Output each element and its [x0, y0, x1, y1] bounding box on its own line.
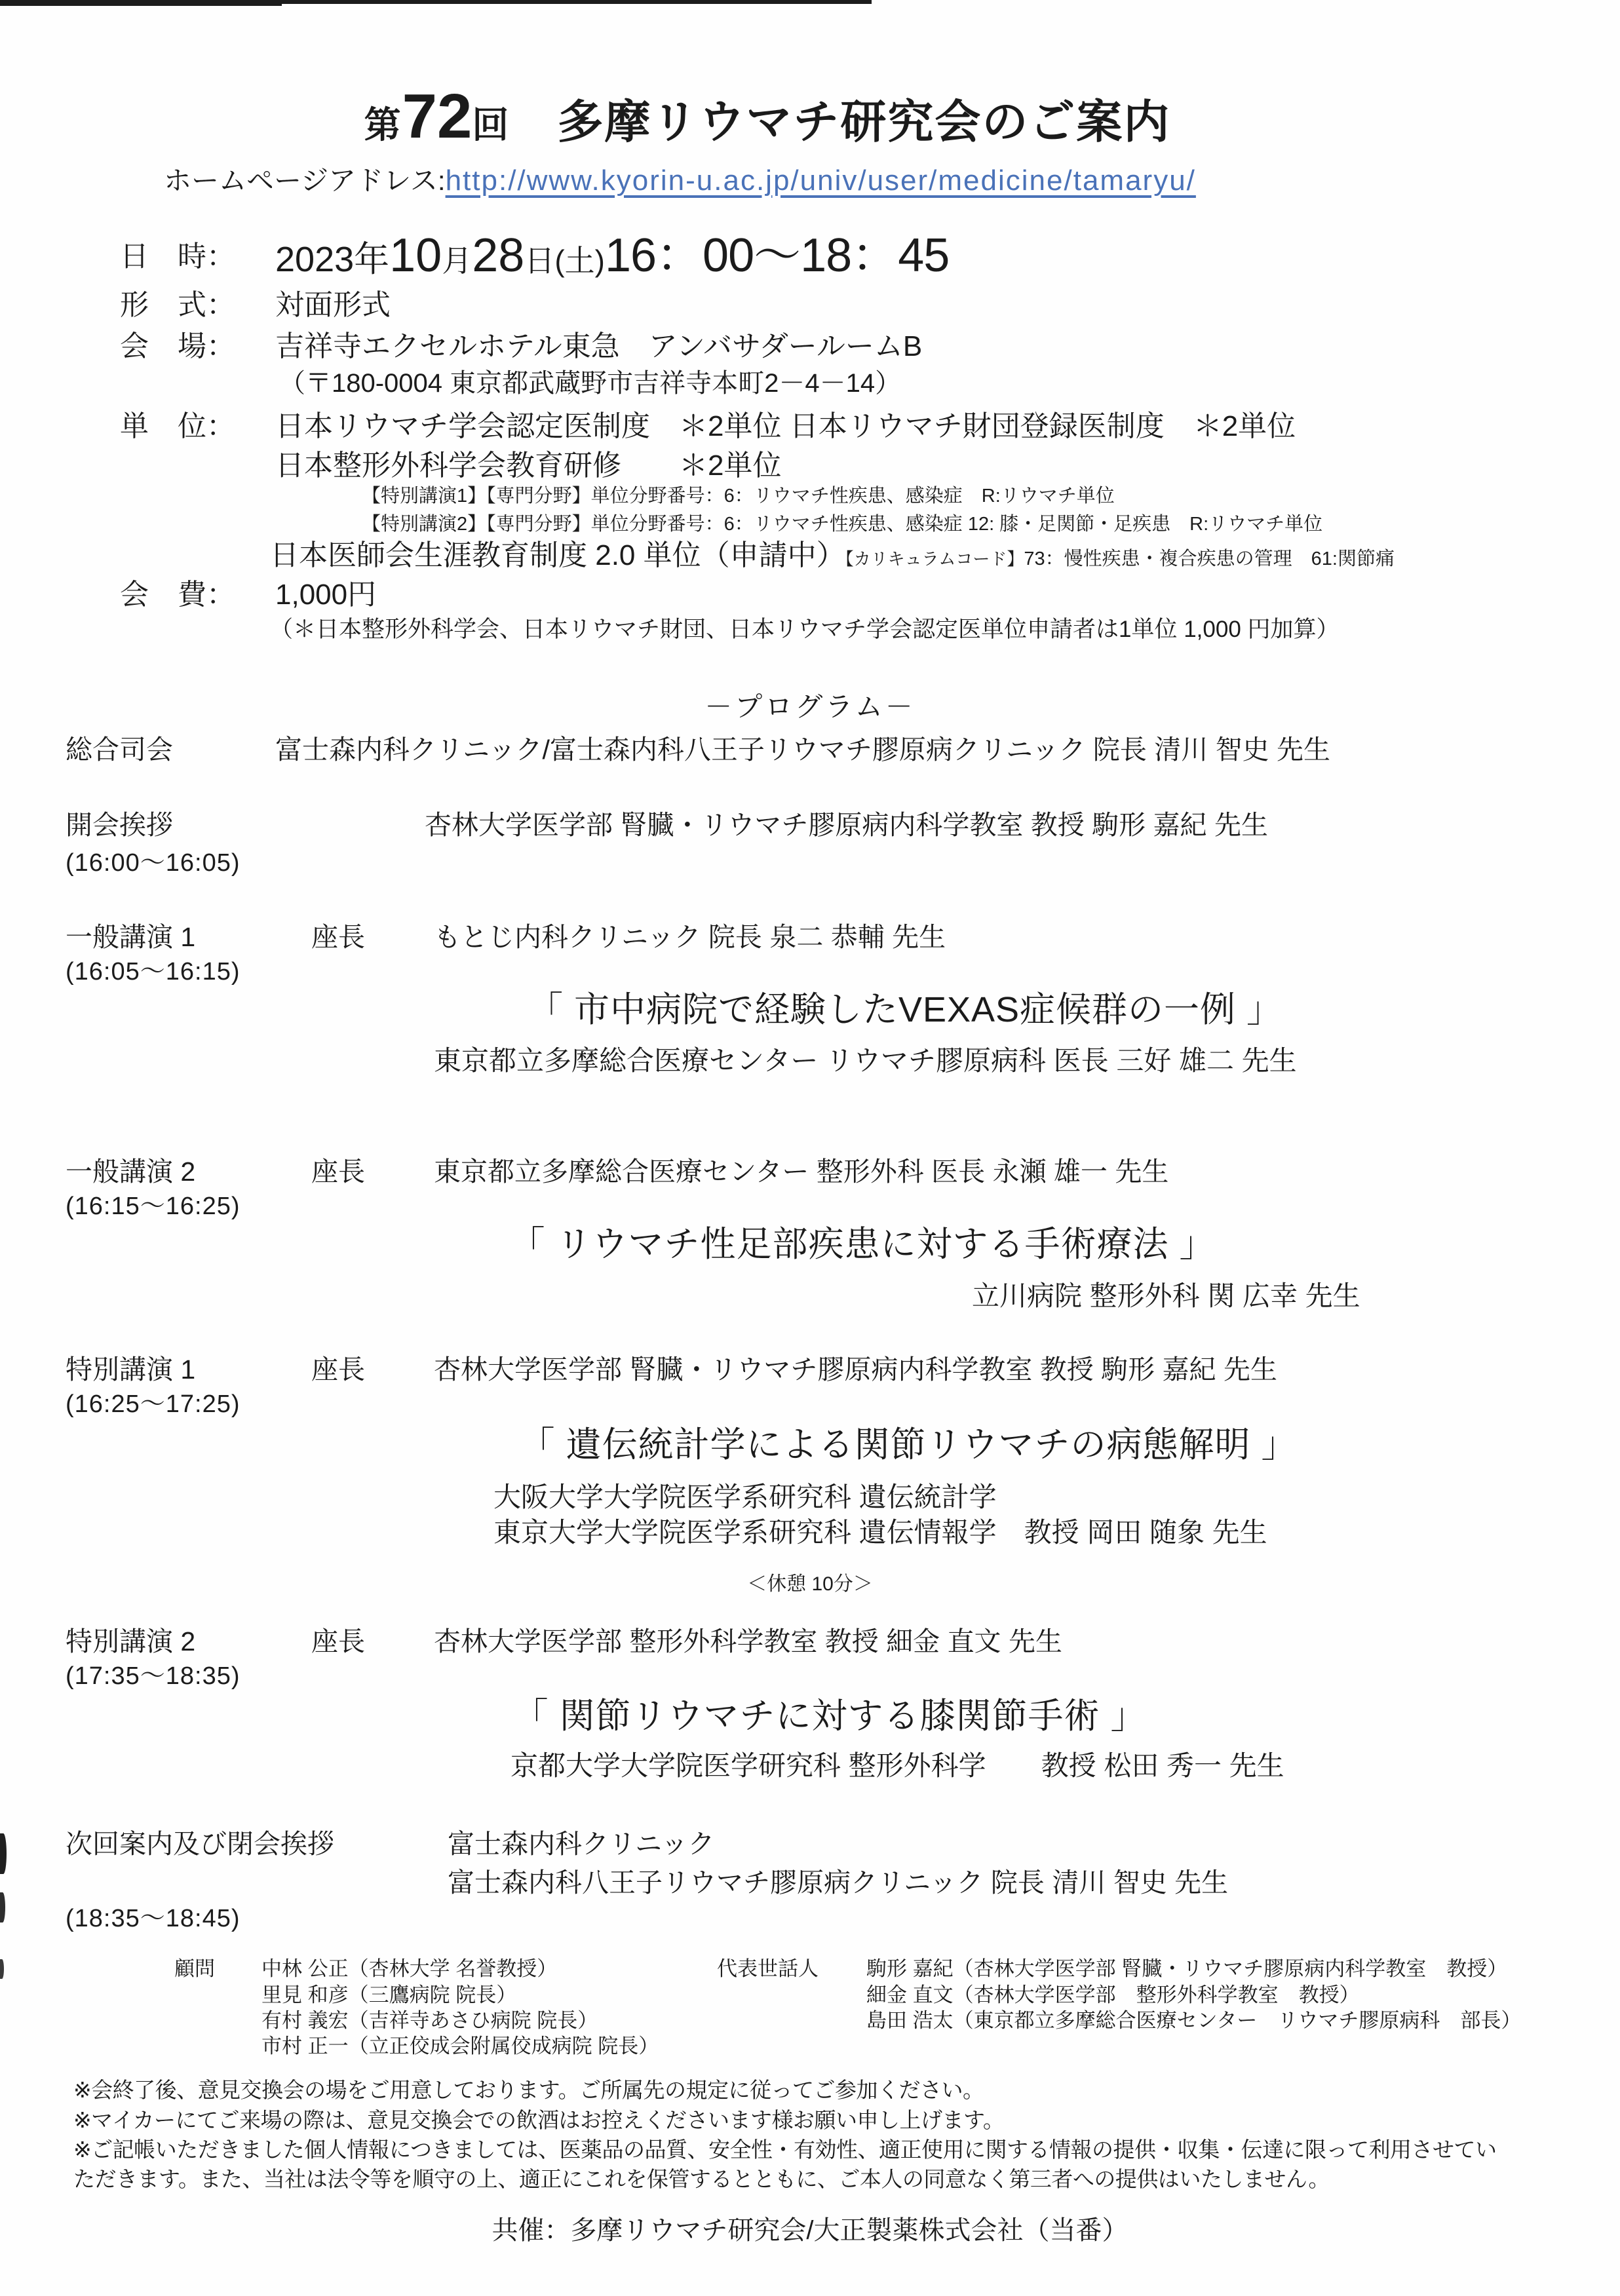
- closing-line1: 富士森内科クリニック: [448, 1829, 715, 1858]
- special1-affiliation2: 東京大学大学院医学系研究科 遺伝情報学 教授 岡田 随象 先生: [493, 1518, 1267, 1547]
- opening-label: 開会挨拶: [66, 811, 173, 839]
- break-note: ＜休憩 10分＞: [0, 1574, 1620, 1595]
- venue-value: 吉祥寺エクセルホテル東急 アンバサダールームB: [275, 331, 922, 362]
- special1-title: 「 遺伝統計学による関節リウマチの病態解明 」: [0, 1426, 1620, 1464]
- credit-line3: 日本医師会生涯教育制度 2.0 単位（申請中）【カリキュラムコード】73：慢性疾…: [270, 540, 1395, 571]
- advisor-label: 顧問: [174, 1958, 215, 1980]
- special1-affiliation1: 大阪大学大学院医学系研究科 遺伝統計学: [493, 1482, 997, 1512]
- format-label: 形 式：: [120, 290, 235, 321]
- lecture2-time: (16:15～16:25): [66, 1193, 241, 1220]
- credit-line3-main: 日本医師会生涯教育制度 2.0 単位（申請中）: [270, 539, 845, 571]
- date-day-number: 28: [472, 229, 524, 282]
- scan-artifact-left-blob: [0, 1959, 4, 1979]
- lecture2-chair: 東京都立多摩総合医療センター 整形外科 医長 永瀬 雄一 先生: [434, 1157, 1168, 1186]
- credit-line2: 日本整形外科学会教育研修 ＊2単位: [275, 450, 781, 482]
- date-day-unit: 日(土): [524, 244, 605, 278]
- document-page: 第72回 多摩リウマチ研究会のご案内 ホームページアドレス:http://www…: [0, 0, 1620, 2296]
- date-year: 2023年: [275, 240, 389, 279]
- footnote: ※会終了後、意見交換会の場をご用意しております。ご所属先の規定に従ってご参加くだ…: [73, 2078, 984, 2102]
- homepage-link[interactable]: http://www.kyorin-u.ac.jp/univ/user/medi…: [446, 164, 1196, 197]
- curriculum-code-detail: 73：慢性疾患・複合疾患の管理 61:関節痛: [1024, 548, 1395, 569]
- special2-chair-label: 座長: [311, 1627, 365, 1656]
- representative-label: 代表世話人: [717, 1958, 819, 1980]
- special2-title: 「 関節リウマチに対する膝関節手術 」: [0, 1697, 1620, 1735]
- lecture2-title: 「 リウマチ性足部疾患に対する手術療法 」: [0, 1225, 1620, 1263]
- special2-speaker: 京都大学大学院医学研究科 整形外科学 教授 松田 秀一 先生: [511, 1751, 1284, 1780]
- lecture1-speaker: 東京都立多摩総合医療センター リウマチ膠原病科 医長 三好 雄二 先生: [434, 1046, 1297, 1075]
- datetime-value: 2023年10月28日(土)16：00～18：45: [275, 231, 949, 282]
- special1-chair: 杏林大学医学部 腎臓・リウマチ膠原病内科学教室 教授 駒形 嘉紀 先生: [434, 1355, 1277, 1384]
- lecture1-title: 「 市中病院で経験したVEXAS症候群の一例 」: [0, 991, 1620, 1029]
- credit-line1: 日本リウマチ学会認定医制度 ＊2単位 日本リウマチ財団登録医制度 ＊2単位: [275, 411, 1296, 442]
- fee-label: 会 費：: [120, 579, 235, 611]
- representative-name: 細金 直文（杏林大学医学部 整形外科学教室 教授）: [866, 1984, 1360, 2006]
- date-month-unit: 月: [442, 244, 472, 278]
- fee-value: 1,000円: [275, 579, 376, 611]
- venue-address: （〒180-0004 東京都武蔵野市吉祥寺本町2－4－14）: [279, 370, 901, 398]
- page-title: 第72回 多摩リウマチ研究会のご案内: [0, 83, 1620, 151]
- datetime-label: 日 時：: [120, 240, 235, 273]
- date-month-number: 10: [389, 229, 442, 282]
- advisor-name: 里見 和彦（三鷹病院 院長）: [261, 1984, 516, 2006]
- footnote: ※ご記帳いただきました個人情報につきましては、医薬品の品質、安全性・有効性、適正…: [73, 2138, 1497, 2162]
- fee-note: （＊日本整形外科学会、日本リウマチ財団、日本リウマチ学会認定医単位申請者は1単位…: [270, 617, 1340, 642]
- advisor-name: 市村 正一（立正佼成会附属佼成病院 院長）: [261, 2035, 659, 2057]
- homepage-line: ホームページアドレス:http://www.kyorin-u.ac.jp/uni…: [164, 165, 1196, 197]
- advisor-name: 有村 義宏（吉祥寺あさひ病院 院長）: [261, 2010, 598, 2031]
- title-prefix: 第: [364, 104, 402, 145]
- title-counter: 回: [472, 104, 510, 145]
- lecture1-time: (16:05～16:15): [66, 959, 241, 985]
- lecture2-speaker: 立川病院 整形外科 関 広幸 先生: [972, 1281, 1360, 1311]
- datetime-row: 日 時：: [120, 241, 235, 273]
- footnote: ※マイカーにてご来場の際は、意見交換会での飲酒はお控えくださいます様お願い申し上…: [73, 2109, 1004, 2132]
- format-value: 対面形式: [275, 290, 391, 321]
- special1-chair-label: 座長: [311, 1355, 365, 1384]
- credit-note-special2: 【特別講演2】【専門分野】単位分野番号：6：リウマチ性疾患、感染症 12: 膝・…: [362, 514, 1322, 535]
- special1-time: (16:25～17:25): [66, 1391, 241, 1418]
- venue-label: 会 場：: [120, 331, 235, 362]
- special1-label: 特別講演 1: [66, 1355, 195, 1384]
- time-range: 16：00～18：45: [605, 229, 949, 282]
- closing-time: (18:35～18:45): [66, 1905, 241, 1932]
- lecture1-chair-label: 座長: [311, 923, 365, 951]
- special2-label: 特別講演 2: [66, 1627, 195, 1656]
- advisor-name: 中林 公正（杏林大学 名誉教授）: [261, 1958, 557, 1980]
- lecture1-label: 一般講演 1: [66, 923, 195, 951]
- lecture2-label: 一般講演 2: [66, 1157, 195, 1186]
- opening-time: (16:00～16:05): [66, 850, 241, 877]
- moderator-label: 総合司会: [66, 735, 173, 764]
- special2-chair: 杏林大学医学部 整形外科学教室 教授 細金 直文 先生: [434, 1627, 1062, 1656]
- homepage-label: ホームページアドレス:: [164, 165, 446, 196]
- opening-value: 杏林大学医学部 腎臓・リウマチ膠原病内科学教室 教授 駒形 嘉紀 先生: [425, 811, 1268, 839]
- credit-note-special1: 【特別講演1】【専門分野】単位分野番号：6：リウマチ性疾患、感染症 R:リウマチ…: [362, 486, 1115, 507]
- representative-name: 駒形 嘉紀（杏林大学医学部 腎臓・リウマチ膠原病内科学教室 教授）: [866, 1958, 1507, 1980]
- scan-artifact-top-bar-thick: [0, 0, 282, 6]
- special2-time: (17:35～18:35): [66, 1663, 241, 1690]
- cohost-line: 共催：多摩リウマチ研究会/大正製薬株式会社（当番）: [0, 2217, 1620, 2245]
- credit-label: 単 位：: [120, 411, 235, 442]
- representative-name: 島田 浩太（東京都立多摩総合医療センター リウマチ膠原病科 部長）: [866, 2010, 1521, 2031]
- lecture1-chair: もとじ内科クリニック 院長 泉二 恭輔 先生: [434, 923, 946, 951]
- lecture2-chair-label: 座長: [311, 1157, 365, 1186]
- title-main: 多摩リウマチ研究会のご案内: [510, 96, 1170, 147]
- moderator-value: 富士森内科クリニック/富士森内科八王子リウマチ膠原病クリニック 院長 清川 智史…: [275, 735, 1330, 764]
- scan-artifact-left-blob: [0, 1892, 5, 1923]
- title-number: 72: [402, 81, 473, 151]
- program-heading: －プログラム－: [0, 692, 1620, 721]
- curriculum-code-label: 【カリキュラムコード】: [845, 549, 1024, 569]
- closing-label: 次回案内及び閉会挨拶: [66, 1829, 334, 1858]
- scan-artifact-left-blob: [0, 1833, 7, 1874]
- closing-line2: 富士森内科八王子リウマチ膠原病クリニック 院長 清川 智史 先生: [448, 1868, 1228, 1897]
- footnote: ただきます。また、当社は法令等を順守の上、適正にこれを保管するとともに、ご本人の…: [73, 2168, 1330, 2191]
